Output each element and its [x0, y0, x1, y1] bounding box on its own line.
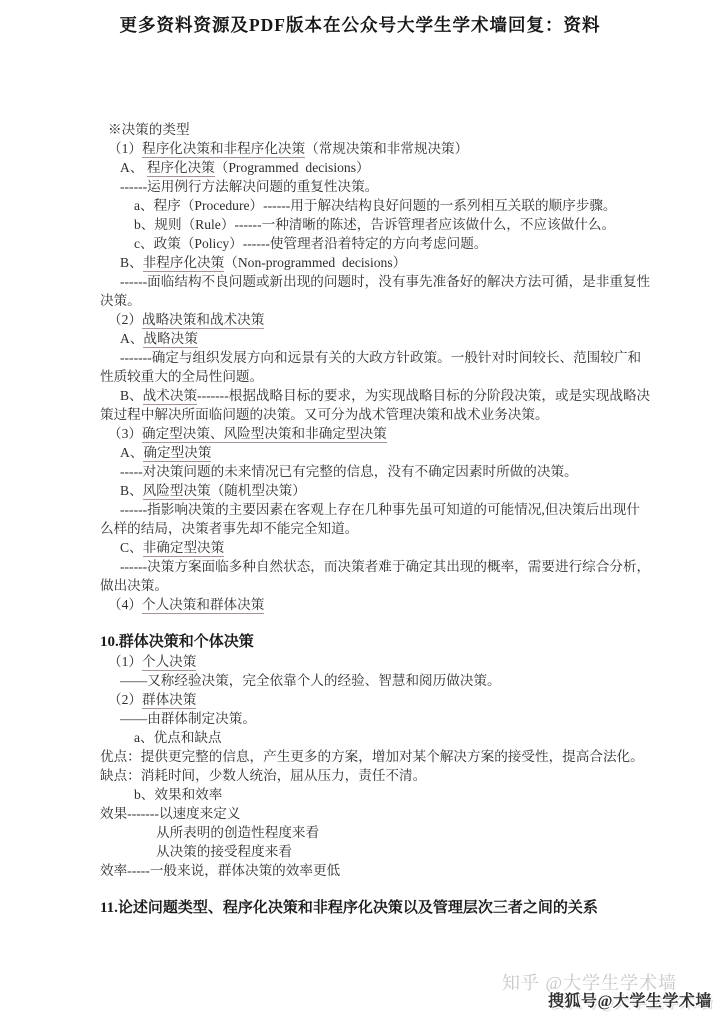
top-banner-watermark: 更多资料资源及PDF版本在公众号大学生学术墙回复：资料 — [0, 12, 720, 37]
text-segment: A、 — [120, 160, 147, 175]
text-line: b、规则（Rule）------一种清晰的陈述，告诉管理者应该做什么，不应该做什… — [100, 215, 660, 234]
text-segment: B、 — [120, 388, 143, 403]
text-segment: 效率-----一般来说，群体决策的效率更低 — [100, 863, 340, 878]
text-line: ※决策的类型 — [100, 120, 660, 139]
text-segment: （2） — [108, 312, 142, 327]
text-segment: （随机型决策） — [211, 483, 306, 498]
text-segment: B、 — [120, 483, 143, 498]
underlined-term: 确定型决策、风险型决策和非确定型决策 — [142, 426, 387, 443]
text-line: 缺点：消耗时间，少数人统治，屈从压力，责任不清。 — [100, 766, 660, 785]
text-line: （2）群体决策 — [100, 690, 660, 709]
text-line: A、确定型决策 — [100, 443, 660, 462]
text-segment: 决策。 — [100, 293, 141, 308]
text-segment: ——又称经验决策，完全依靠个人的经验、智慧和阅历做决策。 — [120, 673, 501, 688]
text-segment: （1） — [108, 654, 142, 669]
text-line: ------指影响决策的主要因素在客观上存在几种事先虽可知道的可能情况,但决策后… — [100, 500, 660, 519]
text-segment: （Programmed decisions） — [215, 160, 370, 175]
text-segment: ------决策方案面临多种自然状态，而决策者难于确定其出现的概率，需要进行综合… — [120, 559, 650, 574]
section-heading: 10.群体决策和个体决策 — [100, 633, 660, 652]
text-segment: ------面临结构不良问题或新出现的问题时，没有事先准备好的解决方法可循，是非… — [120, 274, 650, 289]
text-segment: B、 — [120, 255, 143, 270]
text-line: 从决策的接受程度来看 — [100, 842, 660, 861]
text-line: ------运用例行方法解决问题的重复性决策。 — [100, 177, 660, 196]
text-line: 效率-----一般来说，群体决策的效率更低 — [100, 861, 660, 880]
underlined-term: 风险型决策 — [143, 483, 211, 500]
underlined-term: 非确定型决策 — [143, 540, 225, 557]
underlined-term: 确定型决策 — [143, 445, 211, 462]
text-segment: （3） — [108, 426, 142, 441]
text-line: （3）确定型决策、风险型决策和非确定型决策 — [100, 424, 660, 443]
text-line: 性质较重大的全局性问题。 — [100, 367, 660, 386]
text-line: ------决策方案面临多种自然状态，而决策者难于确定其出现的概率，需要进行综合… — [100, 557, 660, 576]
souhu-watermark: 搜狐号@大学生学术墙 — [548, 988, 712, 1011]
text-line: B、风险型决策（随机型决策） — [100, 481, 660, 500]
text-segment: b、效果和效率 — [134, 787, 222, 802]
underlined-term: 个人决策和群体决策 — [142, 597, 264, 614]
underlined-term: 程序化决策和非程序化决策 — [142, 141, 305, 158]
text-segment: ※决策的类型 — [108, 122, 190, 137]
text-segment: 效果-------以速度来定义 — [100, 806, 240, 821]
text-line: A、 程序化决策（Programmed decisions） — [100, 158, 660, 177]
underlined-term: 程序化决策 — [147, 160, 215, 177]
text-line: B、战术决策-------根据战略目标的要求，为实现战略目标的分阶段决策，或是实… — [100, 386, 660, 405]
underlined-term: 战略决策和战术决策 — [142, 312, 264, 329]
text-line: 做出决策。 — [100, 576, 660, 595]
text-line: 策过程中解决所面临问题的决策。又可分为战术管理决策和战术业务决策。 — [100, 405, 660, 424]
text-segment: 性质较重大的全局性问题。 — [100, 369, 263, 384]
text-line: a、程序（Procedure）------用于解决结构良好问题的一系列相互关联的… — [100, 196, 660, 215]
text-line: b、效果和效率 — [100, 785, 660, 804]
document-page: 更多资料资源及PDF版本在公众号大学生学术墙回复：资料 ※决策的类型（1）程序化… — [0, 0, 720, 1018]
underlined-term: 战略决策 — [143, 331, 197, 348]
text-segment: A、 — [120, 331, 143, 346]
text-segment: （Non-programmed decisions） — [224, 255, 406, 270]
text-line: 么样的结局，决策者事先却不能完全知道。 — [100, 519, 660, 538]
text-segment: 策过程中解决所面临问题的决策。又可分为战术管理决策和战术业务决策。 — [100, 407, 549, 422]
text-line: （1）个人决策 — [100, 652, 660, 671]
underlined-term: 群体决策 — [142, 692, 196, 709]
text-segment: （常规决策和非常规决策） — [305, 141, 468, 156]
text-segment: 缺点：消耗时间，少数人统治，屈从压力，责任不清。 — [100, 768, 426, 783]
text-segment: b、规则（Rule）------一种清晰的陈述，告诉管理者应该做什么，不应该做什… — [134, 217, 615, 232]
text-line: ------面临结构不良问题或新出现的问题时，没有事先准备好的解决方法可循，是非… — [100, 272, 660, 291]
text-line: ——又称经验决策，完全依靠个人的经验、智慧和阅历做决策。 — [100, 671, 660, 690]
text-line: B、非程序化决策（Non-programmed decisions） — [100, 253, 660, 272]
text-segment: a、优点和缺点 — [134, 730, 222, 745]
text-line: （4）个人决策和群体决策 — [100, 595, 660, 614]
text-segment: 从所表明的创造性程度来看 — [156, 825, 319, 840]
text-segment: C、 — [120, 540, 143, 555]
text-segment: 11.论述问题类型、程序化决策和非程序化决策以及管理层次三者之间的关系 — [100, 900, 598, 916]
text-segment: A、 — [120, 445, 143, 460]
text-line: -----对决策问题的未来情况已有完整的信息，没有不确定因素时所做的决策。 — [100, 462, 660, 481]
blank-line — [100, 614, 660, 633]
text-segment: （1） — [108, 141, 142, 156]
text-line: 优点：提供更完整的信息，产生更多的方案，增加对某个解决方案的接受性，提高合法化。 — [100, 747, 660, 766]
text-segment: -------根据战略目标的要求，为实现战略目标的分阶段决策，或是实现战略决 — [197, 388, 650, 403]
text-segment: 么样的结局，决策者事先却不能完全知道。 — [100, 521, 358, 536]
text-segment: -----对决策问题的未来情况已有完整的信息，没有不确定因素时所做的决策。 — [120, 464, 578, 479]
text-line: c、政策（Policy）------使管理者沿着特定的方向考虑问题。 — [100, 234, 660, 253]
underlined-term: 个人决策 — [142, 654, 196, 671]
text-line: C、非确定型决策 — [100, 538, 660, 557]
text-segment: ------运用例行方法解决问题的重复性决策。 — [120, 179, 378, 194]
text-line: 效果-------以速度来定义 — [100, 804, 660, 823]
text-segment: （2） — [108, 692, 142, 707]
text-line: -------确定与组织发展方向和远景有关的大政方针政策。一般针对时间较长、范围… — [100, 348, 660, 367]
text-segment: a、程序（Procedure）------用于解决结构良好问题的一系列相互关联的… — [134, 198, 617, 213]
text-line: 决策。 — [100, 291, 660, 310]
text-line: 从所表明的创造性程度来看 — [100, 823, 660, 842]
blank-line — [100, 880, 660, 899]
text-line: A、战略决策 — [100, 329, 660, 348]
underlined-term: 战术决策 — [143, 388, 197, 405]
underlined-term: 非程序化决策 — [143, 255, 225, 272]
text-segment: 优点：提供更完整的信息，产生更多的方案，增加对某个解决方案的接受性，提高合法化。 — [100, 749, 644, 764]
text-line: a、优点和缺点 — [100, 728, 660, 747]
text-line: （1）程序化决策和非程序化决策（常规决策和非常规决策） — [100, 139, 660, 158]
text-segment: c、政策（Policy）------使管理者沿着特定的方向考虑问题。 — [134, 236, 487, 251]
section-heading: 11.论述问题类型、程序化决策和非程序化决策以及管理层次三者之间的关系 — [100, 899, 660, 918]
text-segment: （4） — [108, 597, 142, 612]
document-body: ※决策的类型（1）程序化决策和非程序化决策（常规决策和非常规决策）A、 程序化决… — [100, 120, 660, 918]
text-segment: -------确定与组织发展方向和远景有关的大政方针政策。一般针对时间较长、范围… — [120, 350, 641, 365]
text-segment: 从决策的接受程度来看 — [156, 844, 292, 859]
text-line: （2）战略决策和战术决策 — [100, 310, 660, 329]
text-segment: ------指影响决策的主要因素在客观上存在几种事先虽可知道的可能情况,但决策后… — [120, 502, 640, 517]
text-segment: 10.群体决策和个体决策 — [100, 634, 254, 650]
text-segment: ——由群体制定决策。 — [120, 711, 256, 726]
text-line: ——由群体制定决策。 — [100, 709, 660, 728]
text-segment: 做出决策。 — [100, 578, 168, 593]
